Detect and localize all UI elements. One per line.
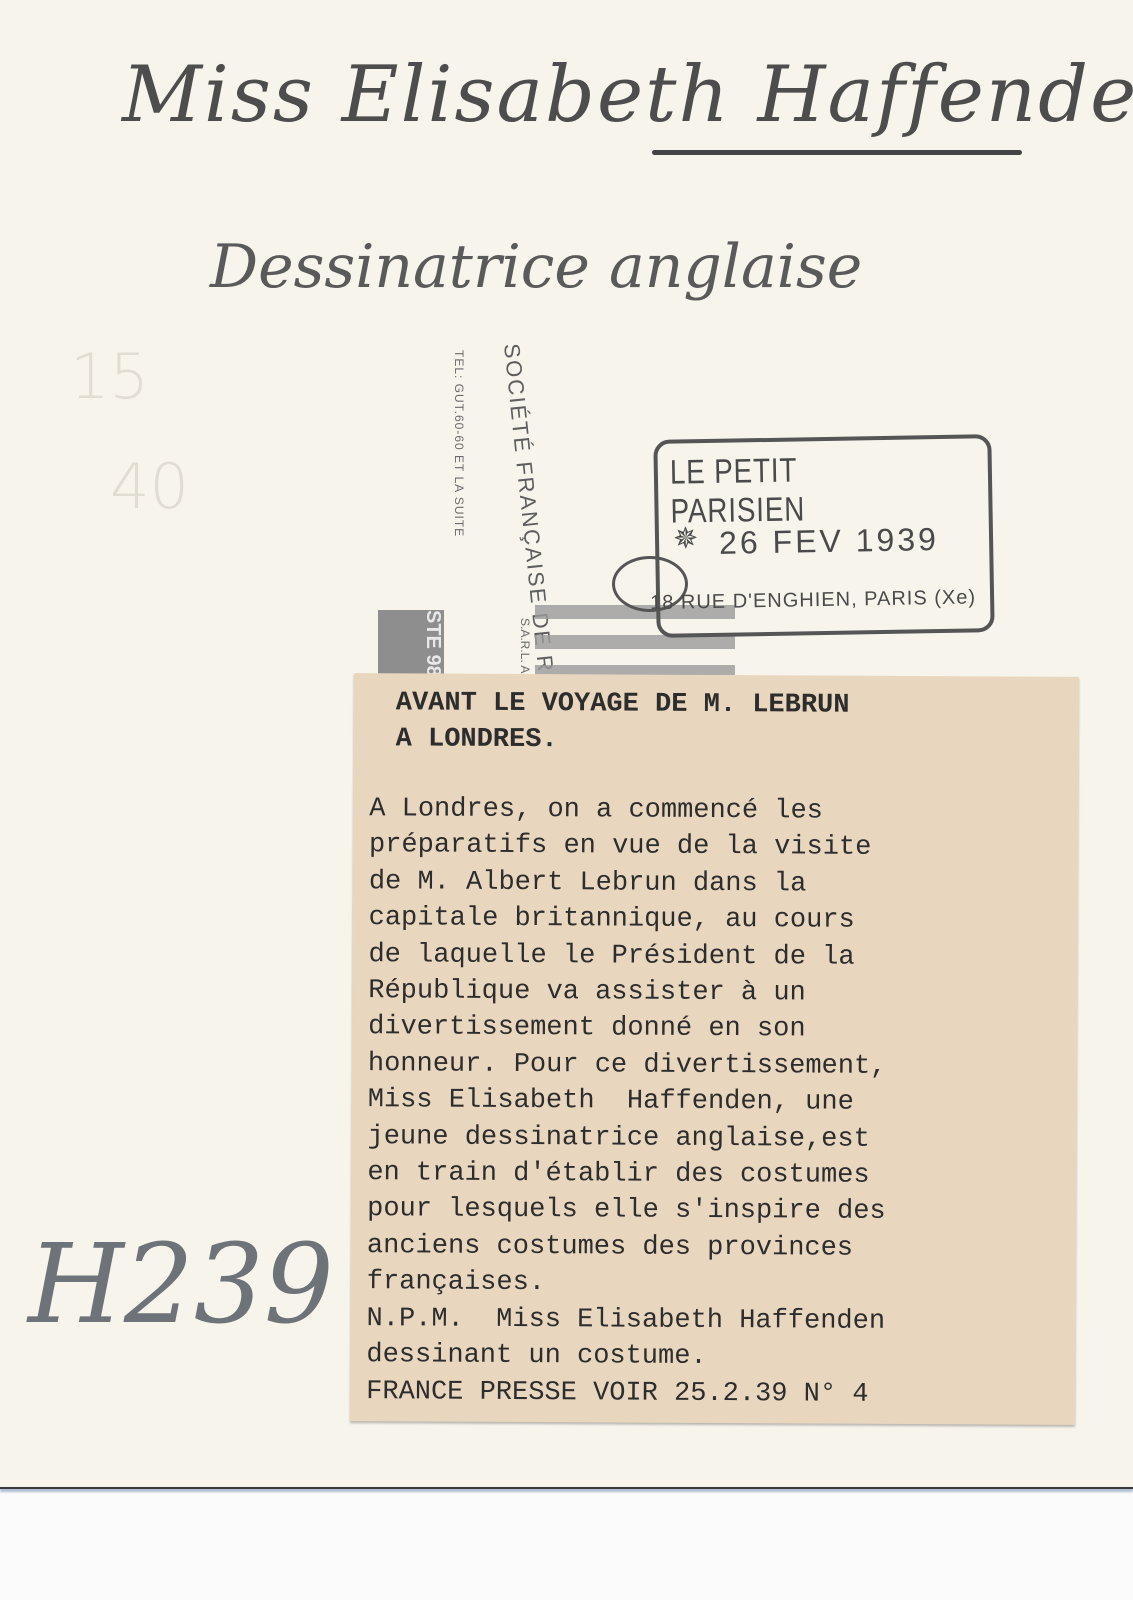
handwritten-subtitle: Dessinatrice anglaise bbox=[210, 232, 862, 302]
body-line: en train d'établir des costumes bbox=[367, 1158, 869, 1191]
photo-back-card: Miss Elisabeth Haffenden Dessinatrice an… bbox=[0, 0, 1133, 1489]
stamp-date: 26 FEV 1939 bbox=[719, 521, 939, 562]
name-underline bbox=[652, 150, 1022, 155]
body-line: pour lesquels elle s'inspire des bbox=[367, 1195, 886, 1228]
body-line: de laquelle le Président de la bbox=[368, 940, 854, 973]
stamp-star-icon: ✵ bbox=[673, 521, 699, 556]
headline-line: A LONDRES. bbox=[396, 724, 558, 755]
body-line: République va assister à un bbox=[368, 976, 806, 1008]
handwritten-name: Miss Elisabeth Haffenden bbox=[122, 50, 1133, 140]
handwritten-name-text: Miss Elisabeth Haffenden bbox=[122, 50, 1133, 140]
press-clipping: AVANT LE VOYAGE DE M. LEBRUN A LONDRES. … bbox=[350, 673, 1079, 1425]
body-line: divertissement donné en son bbox=[368, 1013, 806, 1045]
caption-line: N.P.M. Miss Elisabeth Haffenden bbox=[367, 1304, 886, 1337]
body-line: Miss Elisabeth Haffenden, une bbox=[368, 1085, 854, 1118]
clipping-headline: AVANT LE VOYAGE DE M. LEBRUN A LONDRES. bbox=[396, 685, 850, 759]
stamp-address: 18 RUE D'ENGHIEN, PARIS (Xe) bbox=[650, 586, 976, 615]
pencil-mark-2: 40 bbox=[110, 450, 189, 523]
body-line: françaises. bbox=[367, 1267, 545, 1298]
stamp-newspaper-title: LE PETIT PARISIEN bbox=[670, 449, 932, 532]
body-line: capitale britannique, au cours bbox=[369, 903, 855, 936]
body-line: de M. Albert Lebrun dans la bbox=[369, 867, 807, 899]
agency-sarl-stamp: S.A.R.L. AU bbox=[518, 618, 532, 682]
body-line: honneur. Pour ce divertissement, bbox=[368, 1049, 887, 1082]
caption-line: dessinant un costume. bbox=[366, 1340, 706, 1372]
body-line: jeune dessinatrice anglaise,est bbox=[367, 1122, 869, 1155]
agency-address-block: STE 98 RU bbox=[378, 610, 444, 680]
pencil-mark-1: 15 bbox=[70, 340, 149, 413]
body-line: A Londres, on a commencé les bbox=[369, 794, 823, 826]
body-line: préparatifs en vue de la visite bbox=[369, 831, 871, 864]
body-line: anciens costumes des provinces bbox=[367, 1231, 853, 1264]
agency-phone-stamp: TEL: GUT.60-60 ET LA SUITE bbox=[452, 350, 466, 537]
clipping-body: A Londres, on a commencé les préparatifs… bbox=[366, 791, 888, 1413]
newspaper-date-stamp: LE PETIT PARISIEN ✵ 26 FEV 1939 18 RUE D… bbox=[653, 434, 994, 638]
handwritten-reference-number: H239 bbox=[28, 1220, 334, 1348]
credit-line: FRANCE PRESSE VOIR 25.2.39 N° 4 bbox=[366, 1377, 868, 1410]
headline-line: AVANT LE VOYAGE DE M. LEBRUN bbox=[396, 688, 850, 720]
